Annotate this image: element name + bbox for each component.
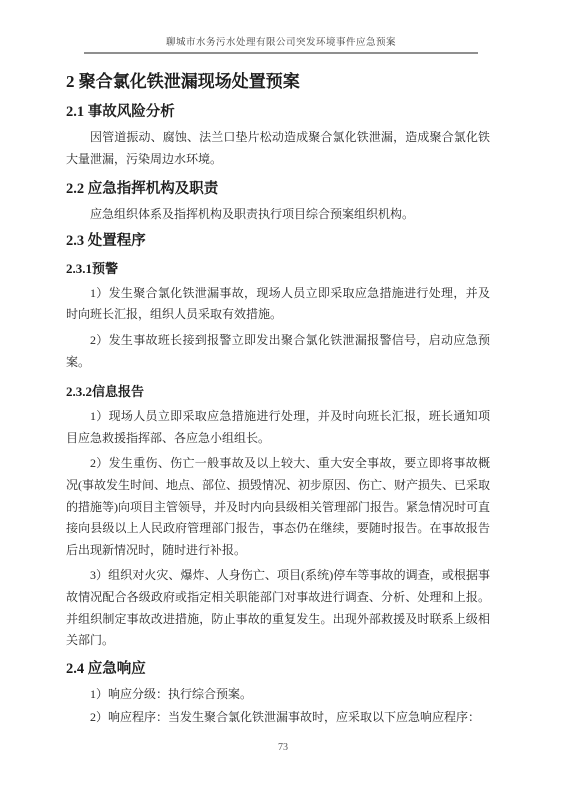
paragraph-2-2: 应急组织体系及指挥机构及职责执行项目综合预案组织机构。 <box>66 204 490 226</box>
page-header-title: 聊城市水务污水处理有限公司突发环境事件应急预案 <box>166 38 396 48</box>
document-content: 2 聚合氯化铁泄漏现场处置预案 2.1 事故风险分析 因管道振动、腐蚀、法兰口垫… <box>66 71 490 729</box>
section-heading-2-3: 2.3 处置程序 <box>66 232 490 250</box>
section-heading-2-3-1: 2.3.1预警 <box>66 260 490 277</box>
document-page: 聊城市水务污水处理有限公司突发环境事件应急预案 2 聚合氯化铁泄漏现场处置预案 … <box>0 0 566 800</box>
page-number: 73 <box>0 742 566 753</box>
paragraph-2-1: 因管道振动、腐蚀、法兰口垫片松动造成聚合氯化铁泄漏，造成聚合氯化铁大量泄漏，污染… <box>66 127 490 170</box>
page-header: 聊城市水务污水处理有限公司突发环境事件应急预案 <box>84 34 478 54</box>
section-heading-2-1: 2.1 事故风险分析 <box>66 103 490 121</box>
paragraph-2-3-2-item1: 1）现场人员立即采取应急措施进行处理，并及时向班长汇报，班长通知项目应急救援指挥… <box>66 406 490 449</box>
section-heading-2-4: 2.4 应急响应 <box>66 660 490 678</box>
chapter-title: 2 聚合氯化铁泄漏现场处置预案 <box>66 71 490 93</box>
paragraph-2-3-1-item2: 2）发生事故班长接到报警立即发出聚合氯化铁泄漏报警信号，启动应急预案。 <box>66 330 490 373</box>
paragraph-2-4-item2: 2）响应程序：当发生聚合氯化铁泄漏事故时，应采取以下应急响应程序： <box>66 707 490 729</box>
section-heading-2-2: 2.2 应急指挥机构及职责 <box>66 180 490 198</box>
paragraph-2-4-item1: 1）响应分级：执行综合预案。 <box>66 684 490 706</box>
paragraph-2-3-1-item1: 1）发生聚合氯化铁泄漏事故，现场人员立即采取应急措施进行处理，并及时向班长汇报，… <box>66 283 490 326</box>
paragraph-2-3-2-item2: 2）发生重伤、伤亡一般事故及以上较大、重大安全事故，要立即将事故概况(事故发生时… <box>66 453 490 561</box>
section-heading-2-3-2: 2.3.2信息报告 <box>66 383 490 400</box>
paragraph-2-3-2-item3: 3）组织对火灾、爆炸、人身伤亡、项目(系统)停车等事故的调查，或根据事故情况配合… <box>66 565 490 651</box>
